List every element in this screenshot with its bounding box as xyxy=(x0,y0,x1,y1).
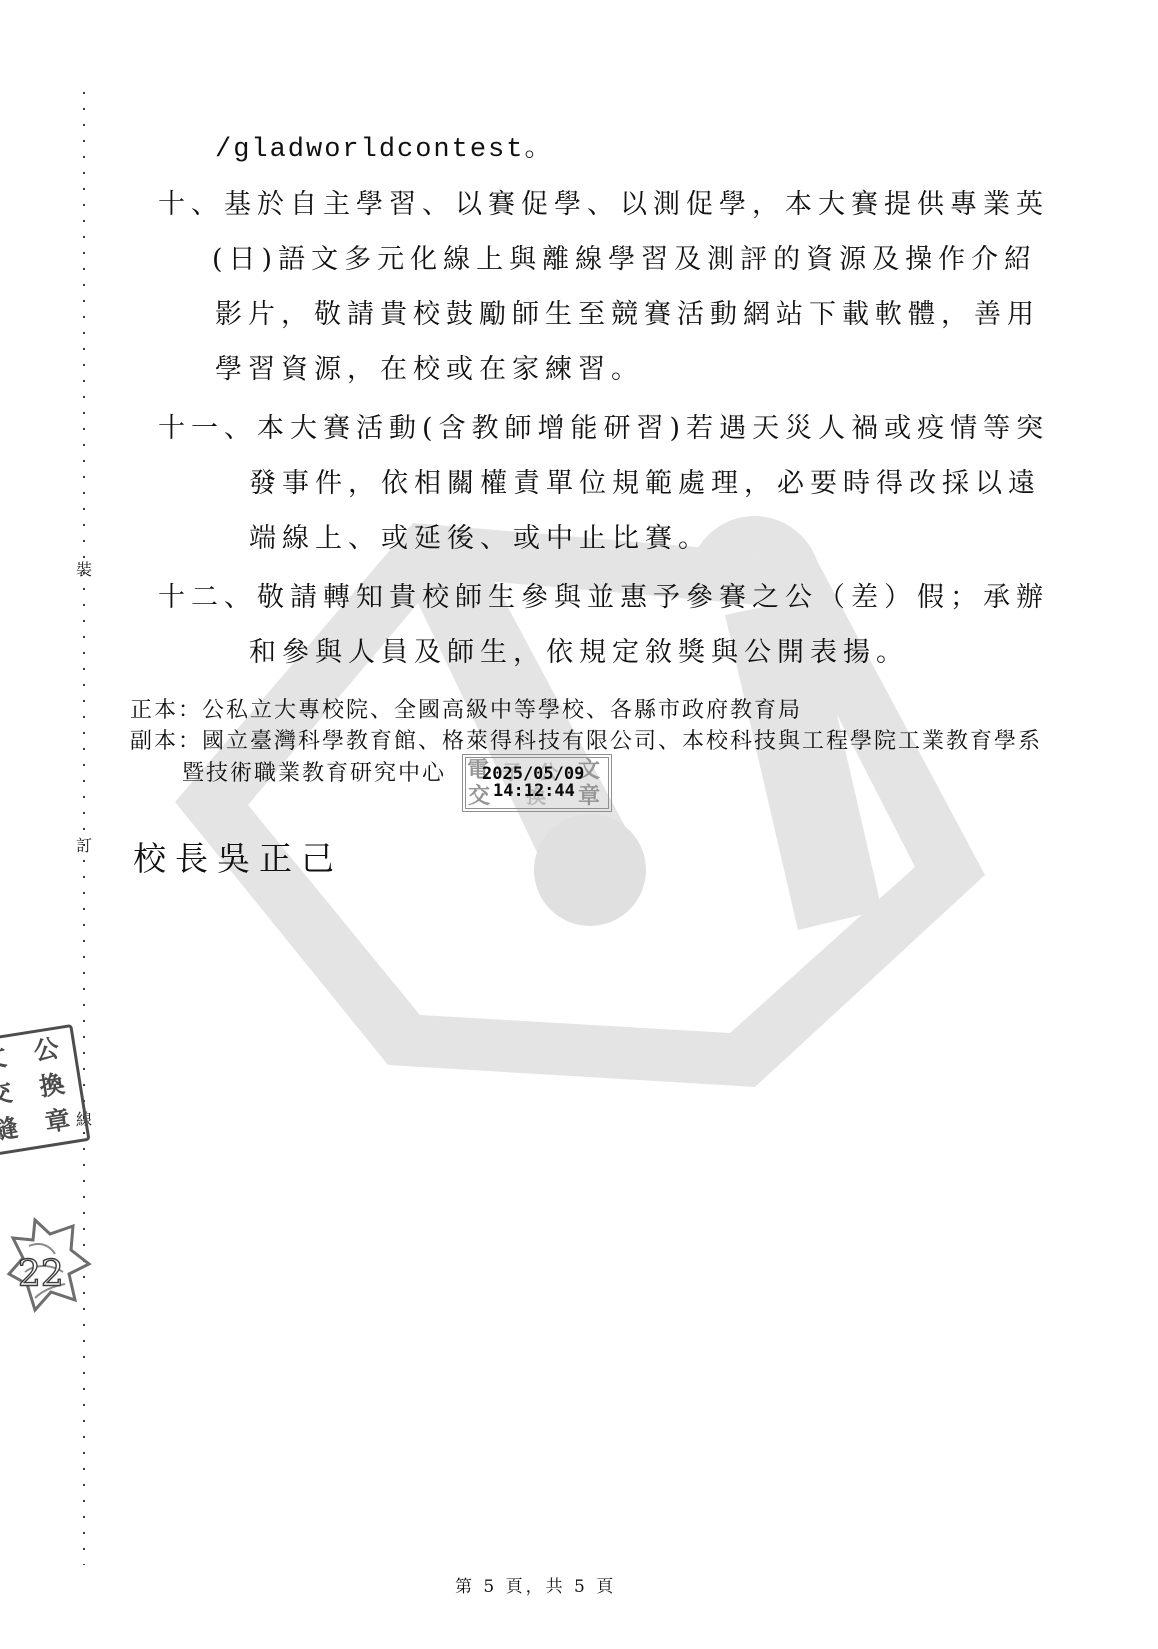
item-12-line-1: 十二、敬請轉知貴校師生參與並惠予參賽之公（差）假；承辦 xyxy=(158,581,1049,615)
seam-char: 換 xyxy=(38,1071,67,1100)
item-10-line-1: 十、基於自主學習、以賽促學、以測促學，本大賽提供專業英 xyxy=(158,188,1049,222)
item-10-line-4: 學習資源，在校或在家練習。 xyxy=(215,353,644,387)
item-11-line-1: 十一、本大賽活動(含教師增能研習)若遇天災人禍或疫情等突 xyxy=(158,412,1049,446)
binding-label-zhuang: 裝 xyxy=(76,562,92,578)
electronic-exchange-stamp: 電 子 公 文 交 換 章 2025/05/09 14:12:44 xyxy=(462,754,612,812)
page-footer: 第 5 頁，共 5 頁 xyxy=(455,1572,616,1597)
document-page: { "body": { "lines": [ "/gladworldcontes… xyxy=(0,0,1158,1649)
seam-char: 文 xyxy=(0,1043,8,1072)
star-page-number-stamp: 22 xyxy=(5,1212,100,1317)
item-11-line-3: 端線上、或延後、或中止比賽。 xyxy=(249,522,711,556)
seam-char: 交 xyxy=(0,1079,14,1108)
stamp-time: 14:12:44 xyxy=(493,781,575,801)
item-10-line-2: (日)語文多元化線上與離線學習及測評的資源及操作介紹 xyxy=(212,243,1037,277)
page-number-22: 22 xyxy=(18,1254,64,1295)
seam-char: 章 xyxy=(43,1106,72,1135)
recipient-copy-line-2: 暨技術職業教育研究中心 xyxy=(182,760,446,788)
binding-dotted-line xyxy=(83,92,85,1565)
seam-char: 縫 xyxy=(0,1114,19,1143)
stamp-char-zhang: 章 xyxy=(578,784,600,808)
item-10-line-3: 影片，敬請貴校鼓勵師生至競賽活動網站下載軟體，善用 xyxy=(215,298,1040,332)
url-continuation-line: /gladworldcontest。 xyxy=(215,133,553,167)
item-12-line-2: 和參與人員及師生，依規定敘獎與公開表揚。 xyxy=(249,636,909,670)
stamp-char-jiao: 交 xyxy=(468,784,490,808)
binding-label-ding: 訂 xyxy=(76,838,92,854)
item-11-line-2: 發事件，依相關權責單位規範處理，必要時得改採以遠 xyxy=(249,467,1041,501)
recipient-original-line: 正本：公私立大專校院、全國高級中等學校、各縣市政府教育局 xyxy=(130,697,802,725)
principal-signature: 校長吳正己 xyxy=(133,833,343,880)
seam-char: 公 xyxy=(32,1035,61,1064)
seam-exchange-stamp: 文 公 交 換 縫 章 xyxy=(0,1024,91,1158)
recipient-copy-line: 副本：國立臺灣科學教育館、格萊得科技有限公司、本校科技與工程學院工業教育學系 xyxy=(130,728,1042,756)
